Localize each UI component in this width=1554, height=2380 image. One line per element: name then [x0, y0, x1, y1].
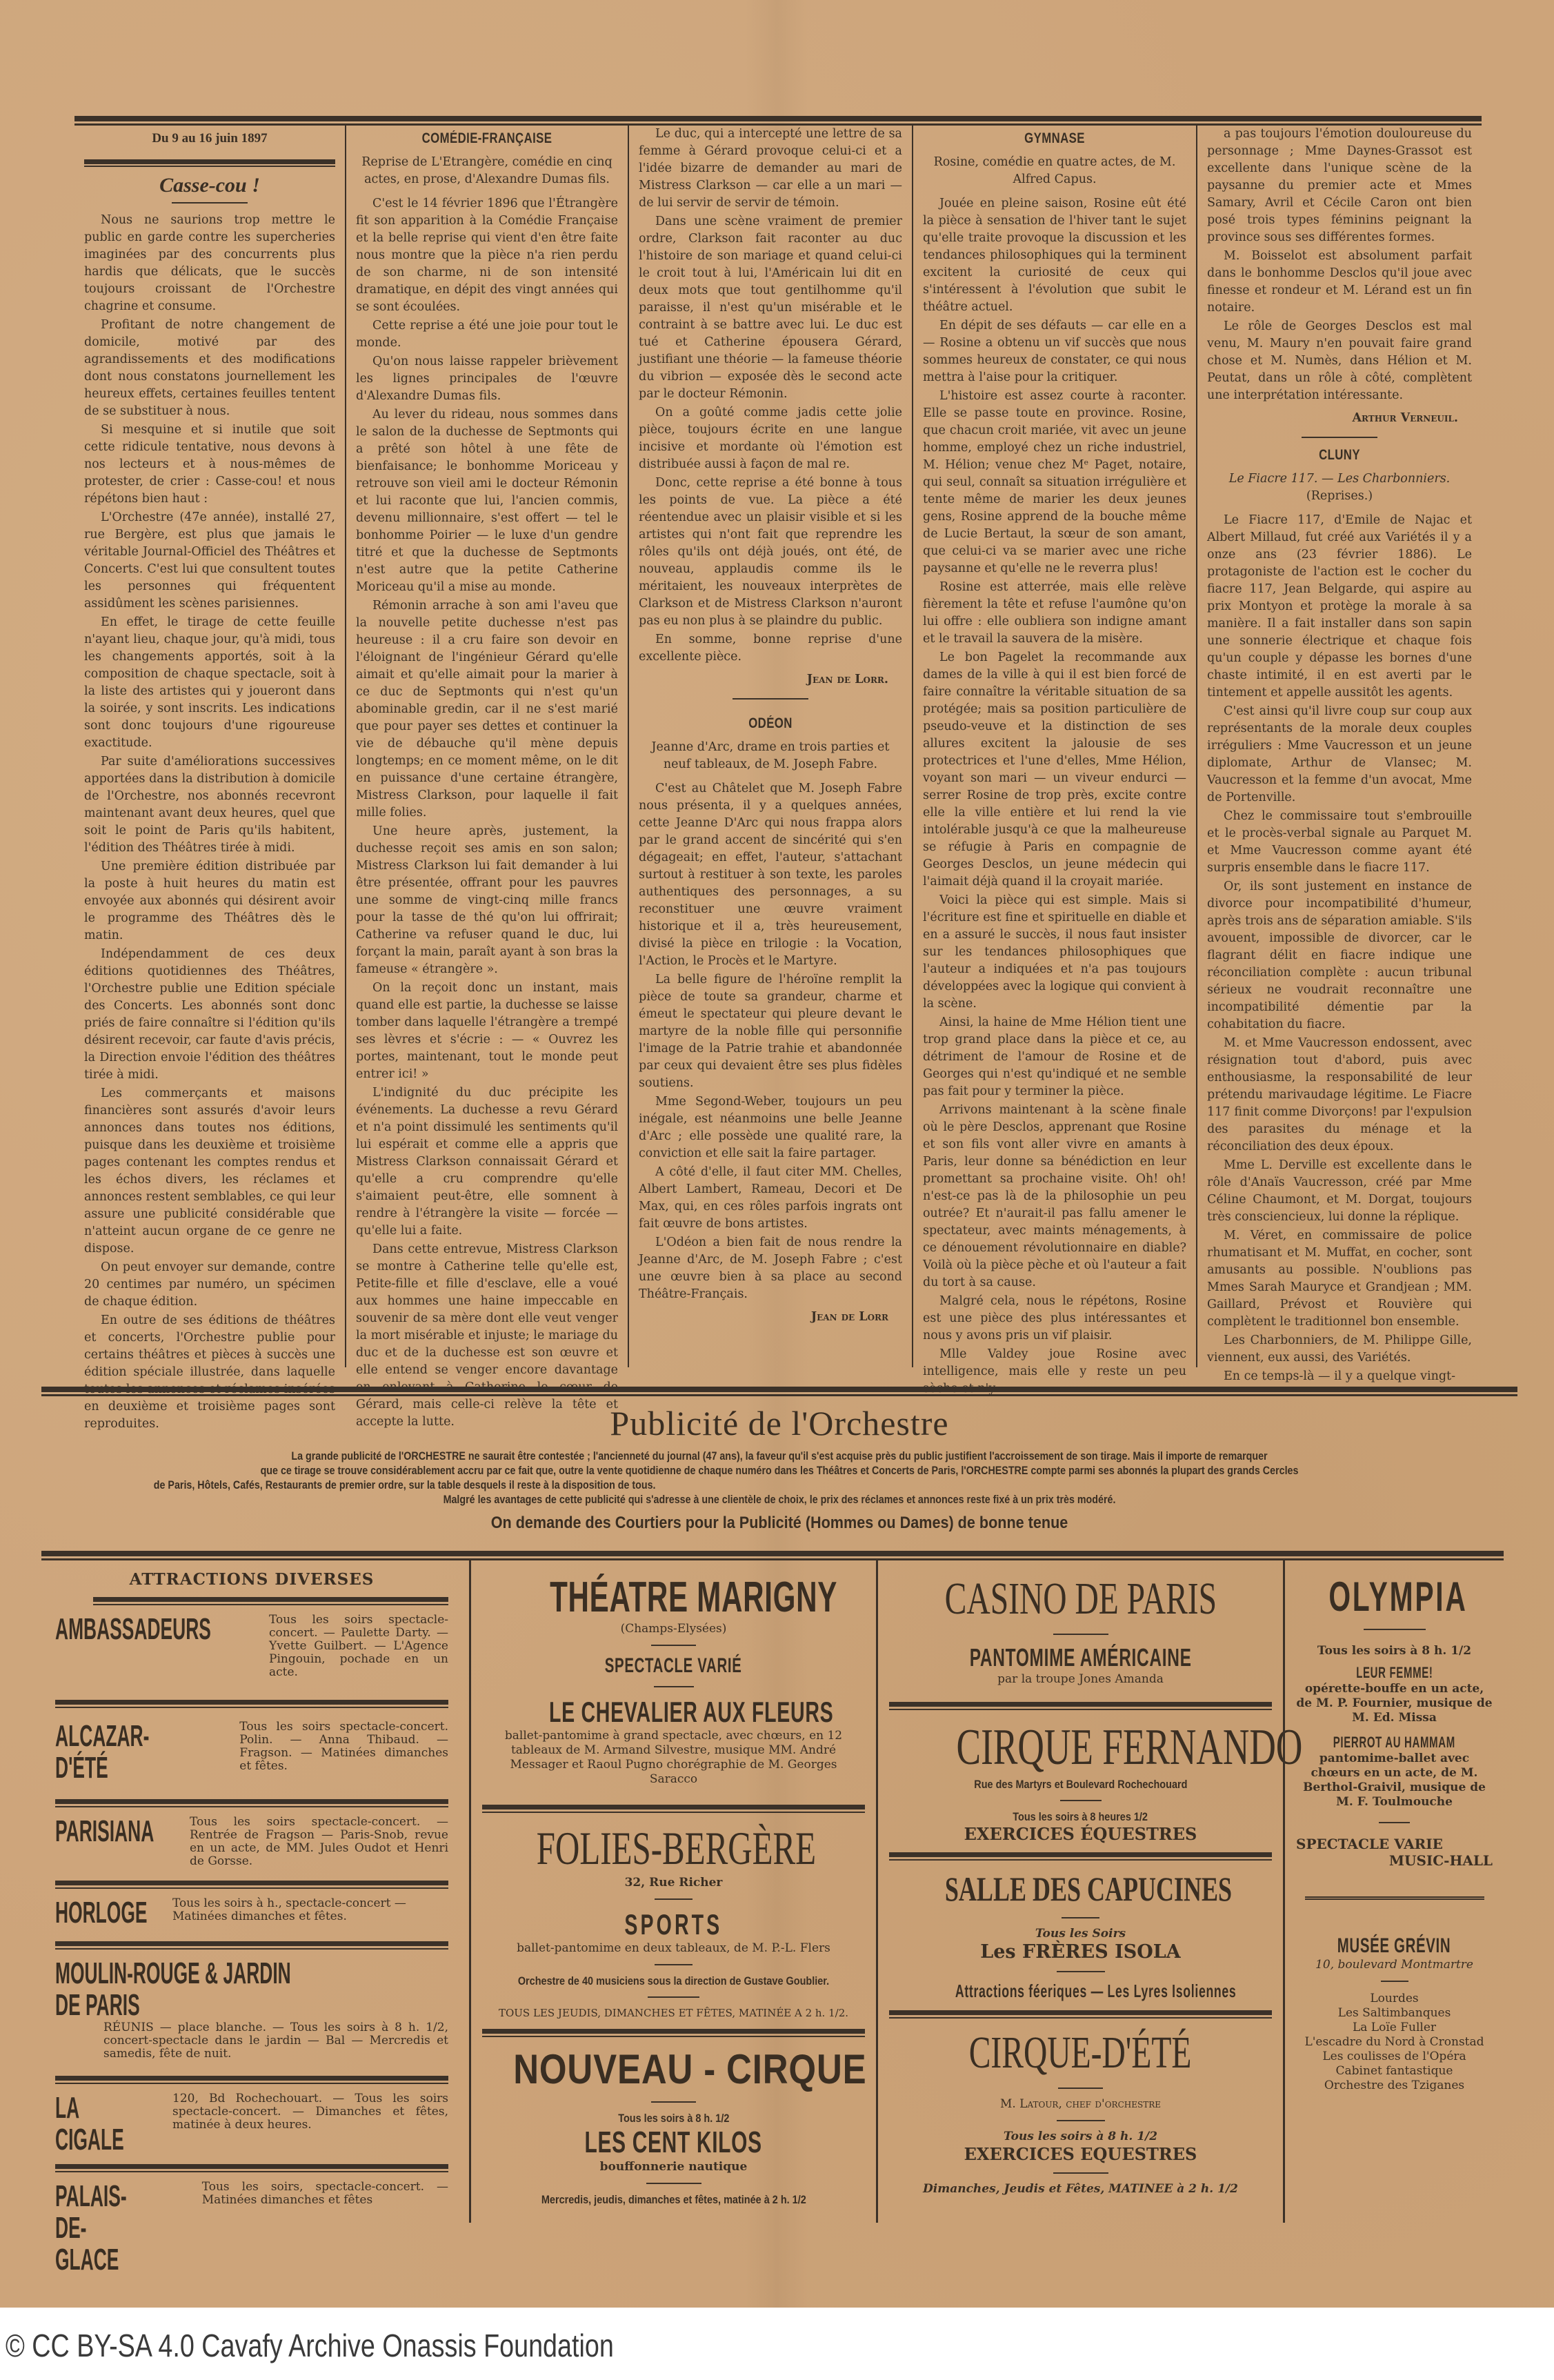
show-time: Tous les soirs à 8 h. 1/2: [889, 2130, 1272, 2144]
rule: [889, 1852, 1272, 1861]
paragraph: C'est au Châtelet que M. Joseph Fabre no…: [639, 780, 902, 970]
show-details: Attractions féeriques — Les Lyres Isolie…: [955, 1981, 1237, 2002]
rule: [648, 1996, 699, 1998]
publicite-line: La grande publicité de l'ORCHESTRE ne sa…: [55, 1449, 1504, 1463]
ad-alcazar: ALCAZAR-D'ÉTÉ Tous les soirs spectacle-c…: [55, 1720, 448, 1784]
title-rule: [172, 202, 248, 204]
paragraph: L'Orchestre (47e année), installé 27, ru…: [84, 509, 335, 613]
paragraph: L'indignité du duc précipite les événeme…: [356, 1084, 618, 1240]
rule: [1305, 1896, 1484, 1900]
rule: [889, 1702, 1272, 1710]
exhibit: Cabinet fantastique: [1296, 2064, 1493, 2079]
ad-cirque-fernando: CIRQUE FERNANDO Rue des Martyrs et Boule…: [889, 1718, 1272, 1844]
venue-text: Tous les soirs à h., spectacle-concert —…: [159, 1897, 448, 1923]
show-time: Tous les Soirs: [889, 1927, 1272, 1941]
ad-musee-grevin: MUSÉE GRÉVIN 10, boulevard Montmartre Lo…: [1296, 1934, 1493, 2093]
paragraph: On la reçoit donc un instant, mais quand…: [356, 980, 618, 1083]
orchestra-info: Orchestre de 40 musiciens sous la direct…: [518, 1974, 829, 1988]
paragraph: M. Boisselot est absolument parfait dans…: [1207, 248, 1472, 317]
exhibit: L'escadre du Nord à Cronstad: [1296, 2035, 1493, 2050]
paragraph: La belle figure de l'héroïne remplit la …: [639, 971, 902, 1092]
venue-name: THÉATRE MARIGNY: [550, 1573, 837, 1622]
paragraph: Rémonin arrache à son ami l'aveu que la …: [356, 597, 618, 822]
credit-footer: © CC BY-SA 4.0 Cavafy Archive Onassis Fo…: [0, 2308, 1554, 2380]
section-heading: GYMNASE: [949, 130, 1160, 147]
rule: [889, 2010, 1272, 2019]
ad-marigny: THÉATRE MARIGNY (Champs-Elysées) SPECTAC…: [482, 1573, 865, 1787]
venue-name: PARISIANA: [55, 1816, 128, 1847]
issue-date: Du 9 au 16 juin 1897: [84, 130, 335, 147]
ad-casino-de-paris: CASINO DE PARIS PANTOMIME AMÉRICAINE par…: [889, 1573, 1272, 1687]
venue-address: Rue des Martyrs et Boulevard Rochechouar…: [974, 1777, 1187, 1792]
rule: [1060, 1800, 1102, 1801]
rule: [55, 1799, 448, 1807]
paragraph: En ce temps-là — il y a quelque vingt-: [1207, 1368, 1472, 1385]
paragraph: M. Véret, en commissaire de police rhuma…: [1207, 1227, 1472, 1331]
paragraph: Le rôle de Georges Desclos est mal venu,…: [1207, 318, 1472, 404]
ads-column-casino: CASINO DE PARIS PANTOMIME AMÉRICAINE par…: [876, 1560, 1283, 2223]
rule: [482, 1805, 865, 1813]
matinee-info: TOUS LES JEUDIS, DIMANCHES ET FÊTES, MAT…: [482, 2006, 865, 2021]
venue-text: Tous les soirs, spectacle-concert. — Mat…: [175, 2181, 448, 2207]
rule: [93, 1597, 448, 1605]
column-cluny: a pas toujours l'émotion douloureuse du …: [1196, 126, 1482, 1367]
signature: Jean de Lorr: [639, 1309, 888, 1326]
show-genre: bouffonnerie nautique: [482, 2160, 865, 2174]
section-heading: ODÉON: [665, 715, 876, 732]
show-details: ballet-pantomime à grand spectacle, avec…: [482, 1729, 865, 1787]
paragraph: Les Charbonniers, de M. Philippe Gille, …: [1207, 1332, 1472, 1367]
show-title: LES CENT KILOS: [585, 2125, 762, 2160]
section-subtitle: Reprise de L'Etrangère, comédie en cinq …: [356, 154, 618, 188]
paragraph: Le Fiacre 117, d'Emile de Najac et Alber…: [1207, 512, 1472, 702]
tag: SPECTACLE VARIE: [1296, 1836, 1493, 1852]
ad-moulin-rouge: MOULIN-ROUGE & JARDIN DE PARIS RÉUNIS — …: [55, 1958, 448, 2061]
show-title: EXERCICES EQUESTRES: [889, 2144, 1272, 2164]
ad-cirque-ete: CIRQUE-D'ÉTÉ M. Latour, chef d'orchestre…: [889, 2027, 1272, 2196]
publicite-section: Publicité de l'Orchestre La grande publi…: [41, 1400, 1517, 1533]
section-subtitle: Jeanne d'Arc, drame en trois parties et …: [639, 739, 902, 773]
paragraph: a pas toujours l'émotion douloureuse du …: [1207, 126, 1472, 246]
genre: SPECTACLE VARIÉ: [605, 1654, 742, 1678]
rule: [55, 1941, 448, 1950]
publicite-title: Publicité de l'Orchestre: [41, 1403, 1517, 1443]
ad-ambassadeurs: AMBASSADEURS Tous les soirs spectacle-co…: [55, 1614, 448, 1679]
rule: [1364, 1629, 1426, 1630]
ads-column-marigny: THÉATRE MARIGNY (Champs-Elysées) SPECTAC…: [469, 1560, 876, 2223]
date-rule: [84, 159, 335, 167]
paragraph: Par suite d'améliorations successives ap…: [84, 753, 335, 857]
venue-name: FOLIES-BERGÈRE: [537, 1821, 816, 1876]
paragraph: Si mesquine et si inutile que soit cette…: [84, 422, 335, 508]
ad-olympia: OLYMPIA Tous les soirs à 8 h. 1/2 LEUR F…: [1296, 1573, 1493, 1869]
venue-name: OLYMPIA: [1328, 1573, 1467, 1620]
paragraph: C'est ainsi qu'il livre coup sur coup au…: [1207, 703, 1472, 806]
show-time: Tous les soirs à 8 h. 1/2: [1296, 1644, 1493, 1658]
ad-palais-de-glace: PALAIS-DE-GLACE Tous les soirs, spectacl…: [55, 2181, 448, 2276]
paragraph: Ainsi, la haine de Mme Hélion tient une …: [923, 1014, 1186, 1100]
matinee-info: Mercredis, jeudis, dimanches et fêtes, m…: [541, 2192, 806, 2207]
venue-name: CIRQUE-D'ÉTÉ: [969, 2027, 1192, 2079]
paragraph: Malgré cela, nous le répétons, Rosine es…: [923, 1293, 1186, 1345]
license-credit: © CC BY-SA 4.0 Cavafy Archive Onassis Fo…: [6, 2327, 614, 2364]
rule: [651, 1645, 696, 1646]
paragraph: Une heure après, justement, la duchesse …: [356, 823, 618, 978]
paragraph: Voici la pièce qui est simple. Mais si l…: [923, 892, 1186, 1013]
paragraph: M. et Mme Vaucresson endossent, avec rés…: [1207, 1035, 1472, 1156]
section-heading: CLUNY: [1233, 446, 1445, 464]
rule: [1058, 2088, 1103, 2089]
newspaper-page: Du 9 au 16 juin 1897 Casse-cou ! Nous ne…: [0, 0, 1554, 2308]
ads-column-olympia: OLYMPIA Tous les soirs à 8 h. 1/2 LEUR F…: [1283, 1560, 1504, 2223]
paragraph: L'Odéon a bien fait de nous rendre la Je…: [639, 1234, 902, 1303]
rule: [55, 2076, 448, 2084]
venue-address: 32, Rue Richer: [482, 1876, 865, 1890]
paragraph: Rosine est atterrée, mais elle relève fi…: [923, 579, 1186, 648]
attractions-diverses: ATTRACTIONS DIVERSES AMBASSADEURS Tous l…: [41, 1560, 469, 2223]
paragraph: On a goûté comme jadis cette jolie pièce…: [639, 404, 902, 473]
rule: [646, 2183, 701, 2184]
exhibit: La Loïe Fuller: [1296, 2021, 1493, 2035]
venue-name: HORLOGE: [55, 1897, 117, 1929]
paragraph: Profitant de notre changement de domicil…: [84, 317, 335, 420]
venue-text: Tous les soirs spectacle-concert. Polin.…: [212, 1720, 448, 1773]
paragraph: Or, ils sont justement en instance de di…: [1207, 878, 1472, 1033]
signature: Jean de Lorr.: [639, 671, 888, 688]
rule: [55, 1700, 448, 1708]
paragraph: Les commerçants et maisons financières s…: [84, 1085, 335, 1258]
ad-parisiana: PARISIANA Tous les soirs spectacle-conce…: [55, 1816, 448, 1868]
paragraph: Nous ne saurions trop mettre le public e…: [84, 212, 335, 315]
section-subtitle: Rosine, comédie en quatre actes, de M. A…: [923, 154, 1186, 188]
paragraph: Arrivons maintenant à la scène finale où…: [923, 1102, 1186, 1291]
paragraph: Qu'on nous laisse rappeler brièvement le…: [356, 353, 618, 405]
venue-name: MUSÉE GRÉVIN: [1337, 1934, 1451, 1958]
paragraph: Une première édition distribuée par la p…: [84, 858, 335, 944]
exhibit: Les coulisses de l'Opéra: [1296, 2050, 1493, 2064]
ad-horloge: HORLOGE Tous les soirs à h., spectacle-c…: [55, 1897, 448, 1929]
paragraph: En effet, le tirage de cette feuille n'a…: [84, 614, 335, 752]
advertisements: ATTRACTIONS DIVERSES AMBASSADEURS Tous l…: [41, 1560, 1504, 2223]
venue-text: 120, Bd Rochechouart. — Tous les soirs s…: [159, 2092, 448, 2132]
venue-name: CIRQUE FERNANDO: [957, 1718, 1303, 1777]
venue-name: NOUVEAU - CIRQUE: [513, 2045, 866, 2093]
rule: [1062, 1917, 1099, 1918]
venue-name: LA CIGALE: [55, 2092, 117, 2156]
show-title: SPORTS: [625, 1908, 723, 1941]
paragraph: Le bon Pagelet la recommande aux dames d…: [923, 649, 1186, 891]
rule: [482, 2029, 865, 2037]
rule: [1381, 1981, 1408, 1982]
venue-name: PALAIS-DE-GLACE: [55, 2181, 127, 2276]
ad-la-cigale: LA CIGALE 120, Bd Rochechouart. — Tous l…: [55, 2092, 448, 2156]
paragraph: En somme, bonne reprise d'une excellente…: [639, 631, 902, 666]
ad-folies-bergere: FOLIES-BERGÈRE 32, Rue Richer SPORTS bal…: [482, 1821, 865, 2021]
signature: Arthur Verneuil.: [1207, 410, 1458, 427]
show-title: LEUR FEMME!: [1356, 1664, 1433, 1682]
courtiers-notice: On demande des Courtiers pour la Publici…: [115, 1514, 1444, 1533]
paragraph: Cette reprise a été une joie pour tout l…: [356, 317, 618, 352]
rule: [654, 1686, 694, 1687]
venue-text: Tous les soirs spectacle-concert. — Rent…: [176, 1816, 448, 1868]
show-title: LE CHEVALIER AUX FLEURS: [549, 1696, 833, 1729]
rule: [655, 1964, 693, 1965]
venue-text: RÉUNIS — place blanche. — Tous les soirs…: [55, 2021, 448, 2061]
ad-salle-capucines: SALLE DES CAPUCINES Tous les Soirs Les F…: [889, 1869, 1272, 2002]
rule: [651, 2101, 696, 2103]
paragraph: En dépit de ses défauts — car elle en a …: [923, 317, 1186, 386]
section-rule: [1302, 437, 1377, 438]
rule: [1053, 2172, 1108, 2174]
column-casse-cou: Du 9 au 16 juin 1897 Casse-cou ! Nous ne…: [74, 126, 345, 1367]
show-details: opérette-bouffe en un acte, de M. P. Fou…: [1296, 1682, 1493, 1725]
rule: [655, 1898, 693, 1900]
paragraph: Mme L. Derville est excellente dans le r…: [1207, 1157, 1472, 1226]
paragraph: Chez le commissaire tout s'embrouille et…: [1207, 808, 1472, 877]
publicite-text: La grande publicité de l'ORCHESTRE ne sa…: [55, 1449, 1504, 1507]
show-details: ballet-pantomime en deux tableaux, de M.…: [482, 1941, 865, 1956]
paragraph: L'histoire est assez courte à raconter. …: [923, 388, 1186, 577]
paragraph: Dans une scène vraiment de premier ordre…: [639, 213, 902, 403]
column-gymnase: GYMNASE Rosine, comédie en quatre actes,…: [912, 126, 1196, 1367]
ads-top-rule: [41, 1551, 1504, 1560]
show-title: Les FRÈRES ISOLA: [889, 1941, 1272, 1963]
paragraph: On peut envoyer sur demande, contre 20 c…: [84, 1259, 335, 1311]
paragraph: Donc, cette reprise a été bonne à tous l…: [639, 475, 902, 630]
ad-nouveau-cirque: NOUVEAU - CIRQUE Tous les soirs à 8 h. 1…: [482, 2045, 865, 2207]
rule: [1379, 1822, 1410, 1823]
section-subtitle: Le Fiacre 117. — Les Charbonniers.: [1207, 470, 1472, 488]
tag: MUSIC-HALL: [1296, 1852, 1493, 1869]
article-title: Casse-cou !: [84, 177, 335, 194]
show-title: PIERROT AU HAMMAM: [1333, 1734, 1455, 1752]
venue-text: Tous les soirs spectacle-concert. — Paul…: [228, 1614, 448, 1679]
top-rule: [74, 116, 1482, 126]
publicite-line: de Paris, Hôtels, Cafés, Restaurants de …: [55, 1478, 1504, 1492]
paragraph: Le duc, qui a intercepté une lettre de s…: [639, 126, 902, 212]
exhibit: Les Saltimbanques: [1296, 2006, 1493, 2021]
paragraph: C'est le 14 février 1896 que l'Étrangère…: [356, 195, 618, 316]
rule: [1057, 2120, 1105, 2121]
exhibit: Orchestre des Tziganes: [1296, 2079, 1493, 2093]
show-time: Tous les soirs à 8 heures 1/2: [1013, 1809, 1148, 1824]
paragraph: Indépendamment de ces deux éditions quot…: [84, 946, 335, 1084]
paragraph: A côté d'elle, il faut citer MM. Chelles…: [639, 1164, 902, 1233]
section-subtitle-2: (Reprises.): [1207, 488, 1472, 505]
venue-name: ALCAZAR-D'ÉTÉ: [55, 1720, 149, 1784]
venue-name: SALLE DES CAPUCINES: [945, 1869, 1232, 1909]
publicite-rule: [41, 1387, 1517, 1396]
show-details: pantomime-ballet avec chœurs en un acte,…: [1296, 1752, 1493, 1809]
rule: [1057, 1971, 1105, 1972]
show-time: Tous les soirs à 8 h. 1/2: [618, 2111, 729, 2125]
paragraph: Jouée en pleine saison, Rosine eût été l…: [923, 195, 1186, 316]
column-comedie-francaise: COMÉDIE-FRANÇAISE Reprise de L'Etrangère…: [345, 126, 628, 1367]
venue-name: MOULIN-ROUGE & JARDIN DE PARIS: [55, 1958, 291, 2021]
matinee-info: Dimanches, Jeudis et Fêtes, MATINEE à 2 …: [889, 2182, 1272, 2196]
venue-address: 10, boulevard Montmartre: [1296, 1958, 1493, 1972]
article-columns: Du 9 au 16 juin 1897 Casse-cou ! Nous ne…: [74, 126, 1482, 1367]
venue-name: CASINO DE PARIS: [944, 1573, 1216, 1625]
paragraph: Au lever du rideau, nous sommes dans le …: [356, 406, 618, 596]
section-heading: COMÉDIE-FRANÇAISE: [382, 130, 592, 147]
troupe: par la troupe Jones Amanda: [889, 1672, 1272, 1687]
rule: [1053, 1634, 1108, 1635]
rule: [55, 1881, 448, 1889]
section-rule: [733, 698, 808, 700]
venue-name: AMBASSADEURS: [55, 1614, 159, 1645]
attractions-heading: ATTRACTIONS DIVERSES: [55, 1570, 448, 1589]
paragraph: Mme Segond-Weber, toujours un peu inégal…: [639, 1093, 902, 1162]
publicite-line: que ce tirage se trouve considérablement…: [55, 1463, 1504, 1478]
show-title: PANTOMIME AMÉRICAINE: [970, 1643, 1192, 1672]
rule: [55, 2164, 448, 2172]
publicite-line: Malgré les avantages de cette publicité …: [55, 1492, 1504, 1507]
venue-location: (Champs-Elysées): [482, 1622, 865, 1636]
column-comedie-odeon: Le duc, qui a intercepté une lettre de s…: [628, 126, 912, 1367]
chef-orchestre: M. Latour, chef d'orchestre: [889, 2097, 1272, 2112]
exhibit: Lourdes: [1296, 1992, 1493, 2006]
show-title: EXERCICES ÉQUESTRES: [889, 1824, 1272, 1844]
